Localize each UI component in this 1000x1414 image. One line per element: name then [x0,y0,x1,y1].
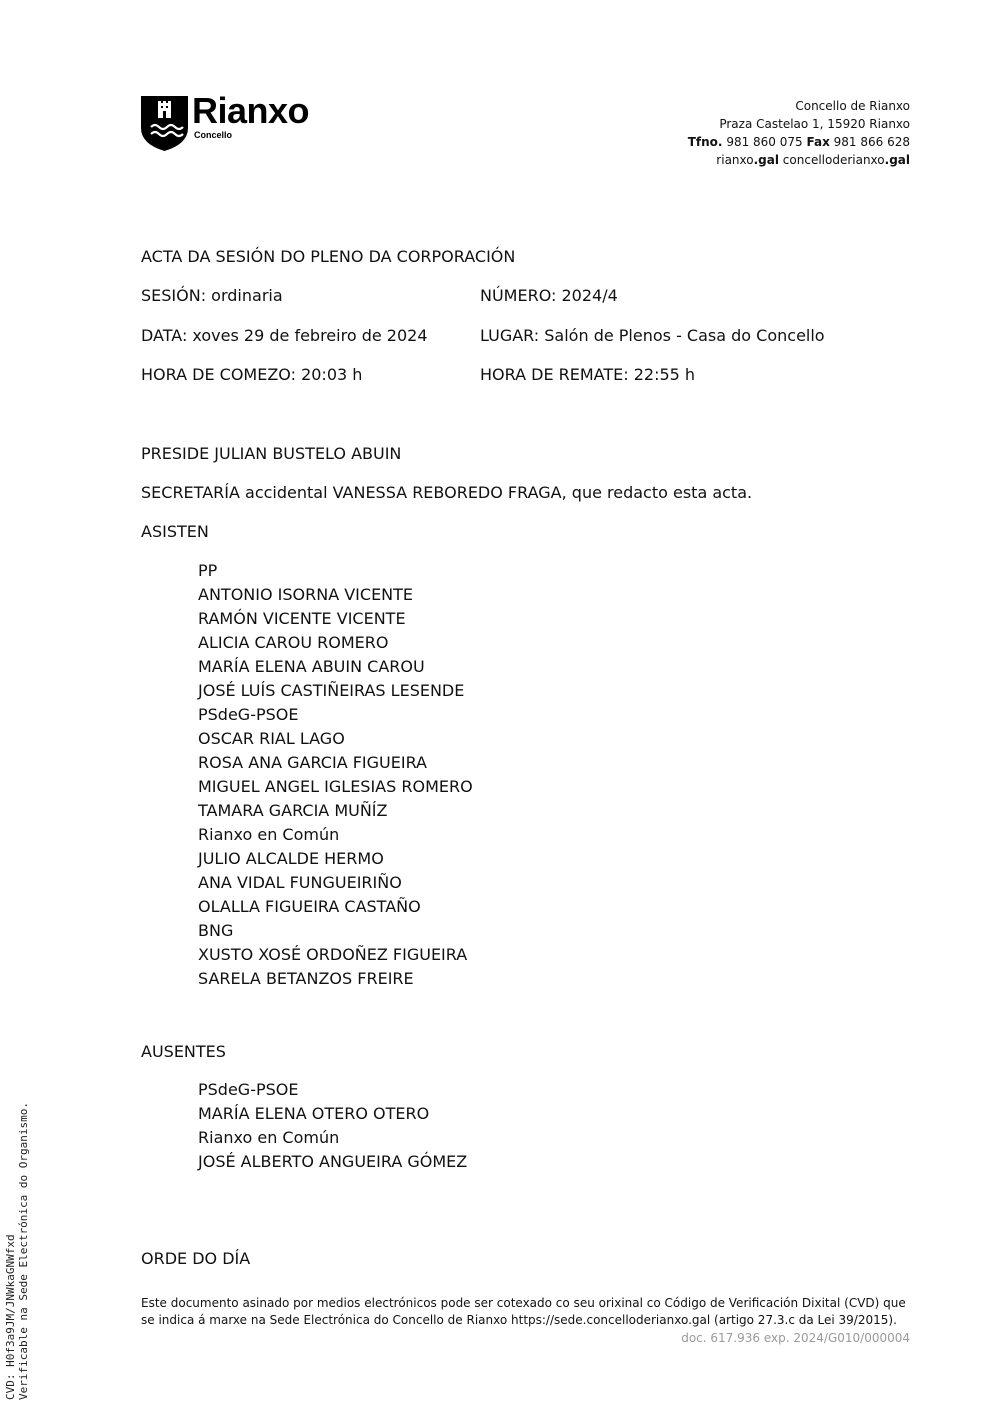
address-line-2: Praza Castelao 1, 15920 Rianxo [688,115,910,133]
tel-number: 981 860 075 [726,135,802,149]
address-block: Concello de Rianxo Praza Castelao 1, 159… [688,97,910,169]
absent-heading: AUSENTES [141,1042,226,1062]
end-time: HORA DE REMATE: 22:55 h [480,365,695,385]
list-item: OLALLA FIGUEIRA CASTAÑO [198,895,473,919]
document-title: ACTA DA SESIÓN DO PLENO DA CORPORACIÓN [141,247,515,267]
agenda-heading: ORDE DO DÍA [141,1249,250,1269]
session-number: NÚMERO: 2024/4 [480,286,618,306]
cvd-code: CVD: H0f3a9JM/JNWkaGNWfxd [4,1102,17,1400]
list-item: ANA VIDAL FUNGUEIRIÑO [198,871,473,895]
list-item: PP [198,559,473,583]
list-item: JOSÉ ALBERTO ANGUEIRA GÓMEZ [198,1150,467,1174]
list-item: PSdeG-PSOE [198,703,473,727]
list-item: Rianxo en Común [198,1126,467,1150]
logo-wordmark: Rianxo [192,90,309,132]
list-item: PSdeG-PSOE [198,1078,467,1102]
list-item: MARÍA ELENA OTERO OTERO [198,1102,467,1126]
contact-line: Tfno. 981 860 075 Fax 981 866 628 [688,133,910,151]
list-item: OSCAR RIAL LAGO [198,727,473,751]
verification-text: Verificable na Sede Electrónica do Organ… [17,1102,30,1400]
list-item: XUSTO XOSÉ ORDOÑEZ FIGUEIRA [198,943,473,967]
list-item: ANTONIO ISORNA VICENTE [198,583,473,607]
list-item: TAMARA GARCIA MUÑÍZ [198,799,473,823]
document-page: Rianxo Concello Concello de Rianxo Praza… [0,0,1000,1414]
session-place: LUGAR: Salón de Plenos - Casa do Concell… [480,326,825,346]
fax-number: 981 866 628 [834,135,910,149]
start-time: HORA DE COMEZO: 20:03 h [141,365,362,385]
list-item: Rianxo en Común [198,823,473,847]
secretary-line: SECRETARÍA accidental VANESSA REBOREDO F… [141,483,752,503]
list-item: MARÍA ELENA ABUIN CAROU [198,655,473,679]
list-item: JOSÉ LUÍS CASTIÑEIRAS LESENDE [198,679,473,703]
preside-line: PRESIDE JULIAN BUSTELO ABUIN [141,444,401,464]
tel-label: Tfno. [688,135,723,149]
list-item: ALICIA CAROU ROMERO [198,631,473,655]
session-type: SESIÓN: ordinaria [141,286,283,306]
verification-stamp: CVD: H0f3a9JM/JNWkaGNWfxd Verificable na… [4,1102,30,1400]
list-item: ROSA ANA GARCIA FIGUEIRA [198,751,473,775]
castle-shield-icon [141,96,188,151]
attendees-list: PPANTONIO ISORNA VICENTERAMÓN VICENTE VI… [198,559,473,991]
document-reference: doc. 617.936 exp. 2024/G010/000004 [681,1331,910,1345]
rianxo-logo: Rianxo Concello [141,96,346,152]
list-item: RAMÓN VICENTE VICENTE [198,607,473,631]
absent-list: PSdeG-PSOEMARÍA ELENA OTERO OTERORianxo … [198,1078,467,1174]
verification-note: Este documento asinado por medios electr… [141,1295,911,1329]
address-line-1: Concello de Rianxo [688,97,910,115]
fax-label: Fax [806,135,829,149]
website-link-2[interactable]: concelloderianxo.gal [783,153,910,167]
attendees-heading: ASISTEN [141,522,209,542]
list-item: SARELA BETANZOS FREIRE [198,967,473,991]
list-item: JULIO ALCALDE HERMO [198,847,473,871]
session-date: DATA: xoves 29 de febreiro de 2024 [141,326,428,346]
web-line: rianxo.gal concelloderianxo.gal [688,151,910,169]
list-item: MIGUEL ANGEL IGLESIAS ROMERO [198,775,473,799]
website-link-1[interactable]: rianxo.gal [716,153,779,167]
list-item: BNG [198,919,473,943]
logo-subtitle: Concello [194,130,232,140]
